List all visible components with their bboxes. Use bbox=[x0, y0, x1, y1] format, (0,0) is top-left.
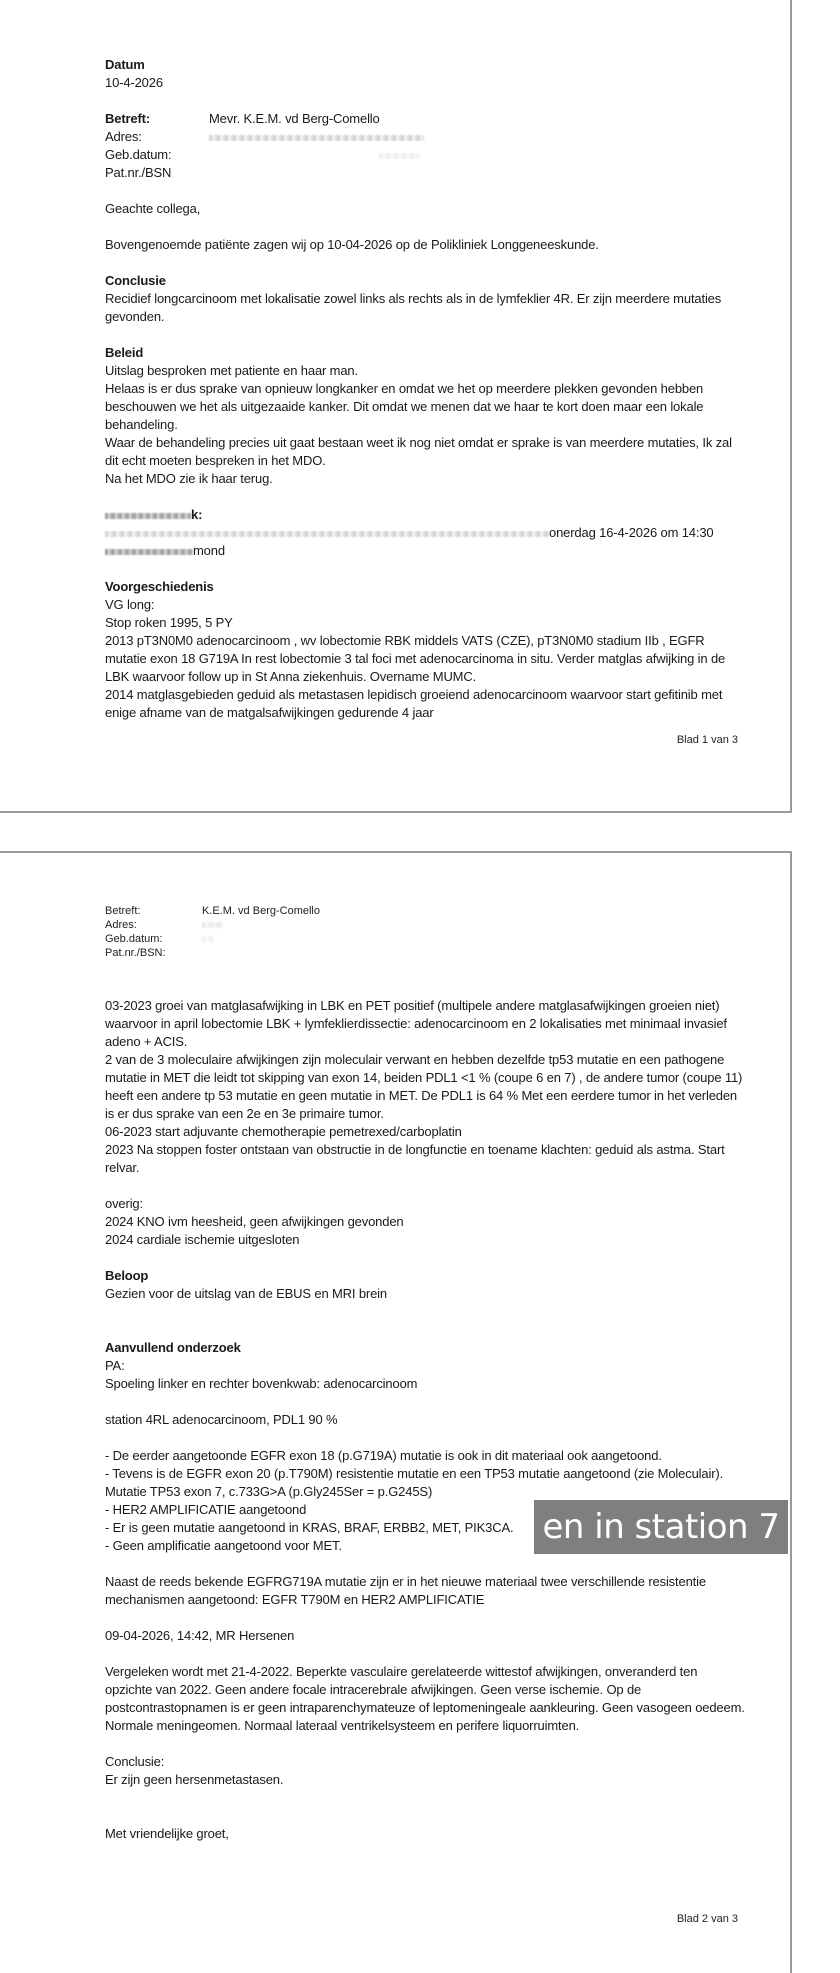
conclusie-text: Recidief longcarcinoom met lokalisatie z… bbox=[105, 290, 745, 326]
page-2-content: 03-2023 groei van matglasafwijking in LB… bbox=[105, 997, 745, 1843]
redacted-afspraak-line bbox=[105, 531, 549, 537]
afspraak-date: onerdag 16-4-2026 om 14:30 bbox=[549, 525, 714, 540]
patnr-label: Pat.nr./BSN: bbox=[105, 946, 202, 960]
closing: Met vriendelijke groet, bbox=[105, 1825, 745, 1843]
history-line: 03-2023 groei van matglasafwijking in LB… bbox=[105, 997, 745, 1051]
mutation-summary: Naast de reeds bekende EGFRG719A mutatie… bbox=[105, 1573, 745, 1609]
adres-label: Adres: bbox=[105, 128, 209, 146]
redacted-adres bbox=[209, 135, 424, 141]
voorgeschiedenis-line: Stop roken 1995, 5 PY bbox=[105, 614, 745, 632]
betreft-value: Mevr. K.E.M. vd Berg-Comello bbox=[209, 110, 745, 128]
caption-overlay: en in station 7 bbox=[534, 1500, 788, 1554]
voorgeschiedenis-line: 2013 pT3N0M0 adenocarcinoom , wv lobecto… bbox=[105, 632, 745, 686]
patnr-row: Pat.nr./BSN bbox=[105, 164, 745, 182]
voorgeschiedenis-title: Voorgeschiedenis bbox=[105, 578, 745, 596]
redacted-adres bbox=[202, 922, 224, 928]
betreft-label: Betreft: bbox=[105, 904, 202, 918]
voorgeschiedenis-line: VG long: bbox=[105, 596, 745, 614]
beloop-text: Gezien voor de uitslag van de EBUS en MR… bbox=[105, 1285, 745, 1303]
page-1-content: Datum 10-4-2026 Betreft: Mevr. K.E.M. vd… bbox=[105, 56, 745, 722]
pa-bullet: - Tevens is de EGFR exon 20 (p.T790M) re… bbox=[105, 1465, 745, 1501]
beleid-title: Beleid bbox=[105, 344, 745, 362]
beleid-line: Helaas is er dus sprake van opnieuw long… bbox=[105, 380, 745, 434]
afspraak-section: k: onerdag 16-4-2026 om 14:30 mond bbox=[105, 506, 745, 560]
aanvullend-title: Aanvullend onderzoek bbox=[105, 1339, 745, 1357]
pa-label: PA: bbox=[105, 1357, 745, 1375]
beleid-line: Uitslag besproken met patiente en haar m… bbox=[105, 362, 745, 380]
overig-title: overig: bbox=[105, 1195, 745, 1213]
gebdatum-label: Geb.datum: bbox=[105, 932, 202, 946]
page-2-header: Betreft: K.E.M. vd Berg-Comello Adres: G… bbox=[105, 904, 320, 960]
history-line: 06-2023 start adjuvante chemotherapie pe… bbox=[105, 1123, 745, 1141]
betreft-label: Betreft: bbox=[105, 110, 209, 128]
mri-title: 09-04-2026, 14:42, MR Hersenen bbox=[105, 1627, 745, 1645]
page-number: Blad 2 van 3 bbox=[677, 1913, 738, 1925]
voorgeschiedenis-line: 2014 matglasgebieden geduid als metastas… bbox=[105, 686, 745, 722]
document-page-1: Datum 10-4-2026 Betreft: Mevr. K.E.M. vd… bbox=[0, 0, 792, 813]
history-line: 2 van de 3 moleculaire afwijkingen zijn … bbox=[105, 1051, 745, 1123]
salutation: Geachte collega, bbox=[105, 200, 745, 218]
overig-line: 2024 KNO ivm heesheid, geen afwijkingen … bbox=[105, 1213, 745, 1231]
gebdatum-row: Geb.datum: bbox=[105, 146, 745, 164]
patnr-label: Pat.nr./BSN bbox=[105, 164, 209, 182]
beleid-line: Na het MDO zie ik haar terug. bbox=[105, 470, 745, 488]
redacted-gebdatum bbox=[202, 936, 214, 942]
page-number: Blad 1 van 3 bbox=[677, 734, 738, 746]
redacted-afspraak-location bbox=[105, 549, 193, 555]
gebdatum-label: Geb.datum: bbox=[105, 146, 209, 164]
betreft-row: Betreft: Mevr. K.E.M. vd Berg-Comello bbox=[105, 110, 745, 128]
betreft-value: K.E.M. vd Berg-Comello bbox=[202, 904, 320, 918]
datum-label: Datum bbox=[105, 56, 745, 74]
adres-row: Adres: bbox=[105, 128, 745, 146]
history-line: 2023 Na stoppen foster ontstaan van obst… bbox=[105, 1141, 745, 1177]
beleid-line: Waar de behandeling precies uit gaat bes… bbox=[105, 434, 745, 470]
document-page-2: Betreft: K.E.M. vd Berg-Comello Adres: G… bbox=[0, 851, 792, 1973]
beloop-title: Beloop bbox=[105, 1267, 745, 1285]
spoeling-text: Spoeling linker en rechter bovenkwab: ad… bbox=[105, 1375, 745, 1393]
overig-line: 2024 cardiale ischemie uitgesloten bbox=[105, 1231, 745, 1249]
afspraak-title-fragment: k: bbox=[191, 507, 202, 522]
adres-label: Adres: bbox=[105, 918, 202, 932]
datum-value: 10-4-2026 bbox=[105, 74, 745, 92]
afspraak-location-fragment: mond bbox=[193, 543, 225, 558]
redacted-gebdatum bbox=[379, 153, 419, 159]
mri-conclusie-text: Er zijn geen hersenmetastasen. bbox=[105, 1771, 745, 1789]
mri-text: Vergeleken wordt met 21-4-2022. Beperkte… bbox=[105, 1663, 745, 1735]
intro-text: Bovengenoemde patiënte zagen wij op 10-0… bbox=[105, 236, 745, 254]
station-text: station 4RL adenocarcinoom, PDL1 90 % bbox=[105, 1411, 745, 1429]
mri-conclusie-title: Conclusie: bbox=[105, 1753, 745, 1771]
conclusie-title: Conclusie bbox=[105, 272, 745, 290]
pa-bullet: - De eerder aangetoonde EGFR exon 18 (p.… bbox=[105, 1447, 745, 1465]
redacted-afspraak-title bbox=[105, 513, 191, 519]
